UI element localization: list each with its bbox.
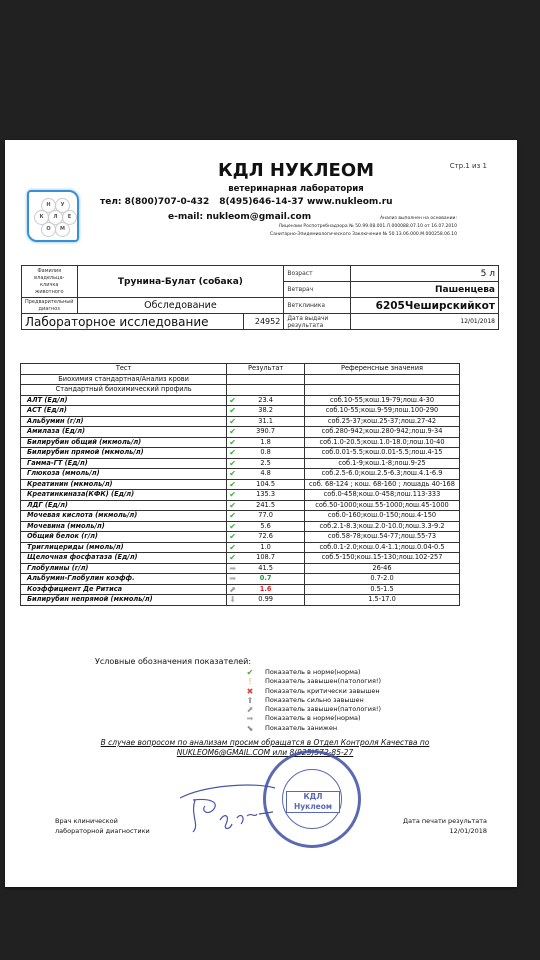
result-row: Альбумин-Глобулин коэфф.➡0.70.7-2.0	[21, 574, 460, 585]
test-name: Билирубин общий (мкмоль/л)	[21, 437, 227, 448]
test-name: Мочевая кислота (мкмоль/л)	[21, 511, 227, 522]
result-row: Креатинин (мкмоль/л)✔104.5соб. 68-124 ; …	[21, 479, 460, 490]
issue-date-label: Дата выдачи результата	[284, 314, 351, 330]
lab-report-page: Стр.1 из 1 НУКЛЕОМ КДЛ НУКЛЕОМ ветеринар…	[5, 140, 517, 887]
results-table: Тест Результат Референсные значения Биох…	[20, 363, 460, 606]
legend-item: ⬊Показатель занижен	[243, 724, 381, 733]
warning-icon: !	[243, 677, 257, 686]
arrow-right-icon: ➡	[243, 714, 257, 723]
test-reference: соб.25-37;кош.25-37;лош.27-42	[305, 416, 460, 427]
doctor-title: Врач клинической лабораторной диагностик…	[55, 816, 150, 836]
test-value: 41.5	[258, 564, 273, 572]
legend-item: !Показатель завышен(патология!)	[243, 677, 381, 686]
test-name: Креатинкиназа(КФК) (Ед/л)	[21, 490, 227, 501]
result-row: Мочевина (ммоль/л)✔5.6соб.2.1-8.3;кош.2.…	[21, 521, 460, 532]
test-name: АЛТ (Ед/л)	[21, 395, 227, 406]
test-reference: соб.2.5-6.0;кош.2.5-6.3;лош.4.1-6.9	[305, 469, 460, 480]
test-value: 390.7	[256, 427, 275, 435]
print-date-value: 12/01/2018	[403, 826, 487, 836]
age-value: 5 л	[351, 266, 499, 282]
check-icon: ✔	[229, 459, 236, 468]
patient-info-table: Фамилия владельца-кличка животного Труни…	[21, 265, 499, 330]
test-name: Триглицериды (ммоль/л)	[21, 542, 227, 553]
result-row: Глюкоза (ммоль/л)✔4.8соб.2.5-6.0;кош.2.5…	[21, 469, 460, 480]
sanitary-text: Санитарно-Эпидемиологического Заключения…	[270, 231, 457, 239]
clinic-label: Ветклиника	[284, 298, 351, 314]
result-row: Щелочная фосфатаза (Ед/л)✔108.7соб.5-150…	[21, 553, 460, 564]
test-value: 1.0	[260, 543, 271, 551]
test-value: 4.8	[260, 469, 271, 477]
test-name: Общий белок (г/л)	[21, 532, 227, 543]
test-value: 0.7	[260, 574, 272, 582]
result-row: Амилаза (Ед/л)✔390.7соб.280-942;кош.280-…	[21, 427, 460, 438]
result-row: Мочевая кислота (мкмоль/л)✔77.0соб.0-160…	[21, 511, 460, 522]
result-row: Билирубин общий (мкмоль/л)✔1.8соб.1.0-20…	[21, 437, 460, 448]
section-title: Биохимия стандартная/Анализ крови	[21, 374, 227, 385]
test-name: Альбумин-Глобулин коэфф.	[21, 574, 227, 585]
print-date-label: Дата печати результата	[403, 816, 487, 826]
check-icon: ✔	[229, 532, 236, 541]
test-value: 1.8	[260, 438, 271, 446]
test-reference: 26-46	[305, 563, 460, 574]
test-name: Гамма-ГТ (Ед/л)	[21, 458, 227, 469]
test-reference: соб.5-150;кош.15-130;лош.102-257	[305, 553, 460, 564]
test-value: 23.4	[258, 396, 273, 404]
logo-letter: О	[41, 222, 56, 237]
arrow-up-right-icon: ⬈	[243, 705, 257, 714]
test-value: 135.3	[256, 490, 275, 498]
test-name: Билирубин прямой (мкмоль/л)	[21, 448, 227, 459]
website-link[interactable]: www.nukleom.ru	[307, 197, 393, 207]
arrow-right-icon: ➡	[229, 564, 236, 573]
test-value: 0.8	[260, 448, 271, 456]
basis-title: Анализ выполнен на основании:	[270, 215, 457, 223]
arrow-up-right-icon: ⬈	[229, 585, 236, 594]
arrow-down-icon: ⬇	[229, 595, 236, 604]
contact-note: В случае вопросом по анализам просим обр…	[85, 738, 445, 758]
test-value: 241.5	[256, 501, 275, 509]
check-icon: ✔	[229, 522, 236, 531]
result-row: АЛТ (Ед/л)✔23.4соб.10-55;кош.19-79;лош.4…	[21, 395, 460, 406]
test-reference: соб.10-55;кош.19-79;лош.4-30	[305, 395, 460, 406]
col-test: Тест	[21, 364, 227, 375]
contact-line-1: В случае вопросом по анализам просим обр…	[101, 738, 430, 747]
legend-item: ⬆Показатель сильно завышен	[243, 696, 381, 705]
owner-value: Трунина-Булат (собака)	[77, 266, 284, 298]
result-row: Триглицериды (ммоль/л)✔1.0соб.0.1-2.0;ко…	[21, 542, 460, 553]
cross-icon: ✖	[243, 687, 257, 696]
arrow-right-icon: ➡	[229, 574, 236, 583]
test-value: 72.6	[258, 532, 273, 540]
lab-name: КДЛ НУКЛЕОМ	[5, 160, 517, 181]
check-icon: ✔	[229, 448, 236, 457]
check-icon: ✔	[229, 490, 236, 499]
logo-letter: М	[55, 222, 70, 237]
legend-title: Условные обозначения показателей:	[95, 657, 251, 666]
vet-value: Пашенцева	[351, 282, 499, 298]
test-name: Коэффициент Де Ритиса	[21, 584, 227, 595]
test-reference: соб.50-1000;кош.55-1000;лош.45-1000	[305, 500, 460, 511]
check-icon: ✔	[229, 438, 236, 447]
test-reference: соб.0-160;кош.0-150;лош.4-150	[305, 511, 460, 522]
test-reference: соб.58-78;кош.54-77;лош.55-73	[305, 532, 460, 543]
col-reference: Референсные значения	[305, 364, 460, 375]
test-reference: соб. 68-124 ; кош. 68-160 ; лошадь 40-16…	[305, 479, 460, 490]
test-reference: соб.0-458;кош.0-458;лош.113-333	[305, 490, 460, 501]
legend-item: ✔Показатель в норме(норма)	[243, 668, 381, 677]
test-value: 31.1	[258, 417, 273, 425]
test-name: Глюкоза (ммоль/л)	[21, 469, 227, 480]
check-icon: ✔	[243, 668, 257, 677]
result-row: Гамма-ГТ (Ед/л)✔2.5соб.1-9;кош.1-8;лош.9…	[21, 458, 460, 469]
test-reference: 0.5-1.5	[305, 584, 460, 595]
test-name: Креатинин (мкмоль/л)	[21, 479, 227, 490]
check-icon: ✔	[229, 511, 236, 520]
test-value: 0.99	[258, 595, 273, 603]
test-value: 104.5	[256, 480, 275, 488]
test-reference: соб.10-55;кош.9-59;лош.100-290	[305, 406, 460, 417]
license-text: Лицензии Роспотребнадзора № 50.99.08.001…	[270, 223, 457, 231]
test-name: Амилаза (Ед/л)	[21, 427, 227, 438]
test-value: 38.2	[258, 406, 273, 414]
owner-label: Фамилия владельца-кличка животного	[22, 266, 78, 298]
diagnosis-value: Обследование	[77, 298, 284, 314]
test-value: 1.6	[260, 585, 272, 593]
result-row: Креатинкиназа(КФК) (Ед/л)✔135.3соб.0-458…	[21, 490, 460, 501]
lab-subtitle: ветеринарная лаборатория	[5, 184, 517, 194]
print-date: Дата печати результата 12/01/2018	[403, 816, 487, 836]
arrow-down-right-icon: ⬊	[243, 724, 257, 733]
issue-date-value: 12/01/2018	[351, 314, 499, 330]
check-icon: ✔	[229, 427, 236, 436]
study-number: 24952	[244, 314, 284, 330]
stamp-text: КДЛ Нуклеом	[286, 791, 340, 813]
phone-1: тел: 8(800)707-0-432	[100, 197, 209, 207]
result-row: Билирубин непрямой (мкмоль/л)⬇0.991.5-17…	[21, 595, 460, 606]
nukleom-logo: НУКЛЕОМ	[27, 190, 79, 242]
test-reference: соб.1.0-20.5;кош.1.0-18.0;лош.10-40	[305, 437, 460, 448]
check-icon: ✔	[229, 406, 236, 415]
legend-item: ➡Показатель в норме(норма)	[243, 714, 381, 723]
result-row: АСТ (Ед/л)✔38.2соб.10-55;кош.9-59;лош.10…	[21, 406, 460, 417]
license-basis: Анализ выполнен на основании: Лицензии Р…	[270, 215, 457, 239]
result-row: ЛДГ (Ед/л)✔241.5соб.50-1000;кош.55-1000;…	[21, 500, 460, 511]
test-reference: соб.1-9;кош.1-8;лош.9-25	[305, 458, 460, 469]
result-row: Коэффициент Де Ритиса⬈1.60.5-1.5	[21, 584, 460, 595]
test-reference: соб.0.1-2.0;кош.0.4-1.1;лош.0.04-0.5	[305, 542, 460, 553]
test-reference: соб.280-942;кош.280-942;лош.9-34	[305, 427, 460, 438]
test-reference: соб.2.1-8.3;кош.2.0-10.0;лош.3.3-9.2	[305, 521, 460, 532]
vet-label: Ветврач	[284, 282, 351, 298]
test-name: ЛДГ (Ед/л)	[21, 500, 227, 511]
check-icon: ✔	[229, 417, 236, 426]
check-icon: ✔	[229, 480, 236, 489]
legend-item: ✖Показатель критически завышен	[243, 687, 381, 696]
col-result: Результат	[227, 364, 305, 375]
test-reference: 0.7-2.0	[305, 574, 460, 585]
legend: ✔Показатель в норме(норма)!Показатель за…	[243, 668, 381, 733]
legend-item: ⬈Показатель завышен(патология!)	[243, 705, 381, 714]
result-row: Глобулины (г/л)➡41.526-46	[21, 563, 460, 574]
test-name: Глобулины (г/л)	[21, 563, 227, 574]
test-name: АСТ (Ед/л)	[21, 406, 227, 417]
arrow-up-icon: ⬆	[243, 696, 257, 705]
check-icon: ✔	[229, 501, 236, 510]
check-icon: ✔	[229, 553, 236, 562]
clinic-value: 6205Чеширскийкот	[351, 298, 499, 314]
test-value: 5.6	[260, 522, 271, 530]
lab-stamp: КДЛ Нуклеом	[263, 750, 361, 848]
test-name: Билирубин непрямой (мкмоль/л)	[21, 595, 227, 606]
check-icon: ✔	[229, 396, 236, 405]
study-title: Лабораторное исследование	[22, 314, 244, 330]
result-row: Альбумин (г/л)✔31.1соб.25-37;кош.25-37;л…	[21, 416, 460, 427]
profile-title: Стандартный биохимический профиль	[21, 385, 227, 396]
age-label: Возраст	[284, 266, 351, 282]
test-reference: соб.0.01-5.5;кош.0.01-5.5;лош.4-15	[305, 448, 460, 459]
phone-2: 8(495)646-14-37	[219, 197, 304, 207]
test-reference: 1.5-17.0	[305, 595, 460, 606]
test-value: 2.5	[260, 459, 271, 467]
diagnosis-label: Предварительный диагноз	[22, 298, 78, 314]
check-icon: ✔	[229, 469, 236, 478]
result-row: Общий белок (г/л)✔72.6соб.58-78;кош.54-7…	[21, 532, 460, 543]
check-icon: ✔	[229, 543, 236, 552]
test-name: Щелочная фосфатаза (Ед/л)	[21, 553, 227, 564]
test-value: 108.7	[256, 553, 275, 561]
test-value: 77.0	[258, 511, 273, 519]
test-name: Мочевина (ммоль/л)	[21, 521, 227, 532]
result-row: Билирубин прямой (мкмоль/л)✔0.8соб.0.01-…	[21, 448, 460, 459]
test-name: Альбумин (г/л)	[21, 416, 227, 427]
lab-contacts: тел: 8(800)707-0-4328(495)646-14-37 www.…	[100, 197, 393, 207]
